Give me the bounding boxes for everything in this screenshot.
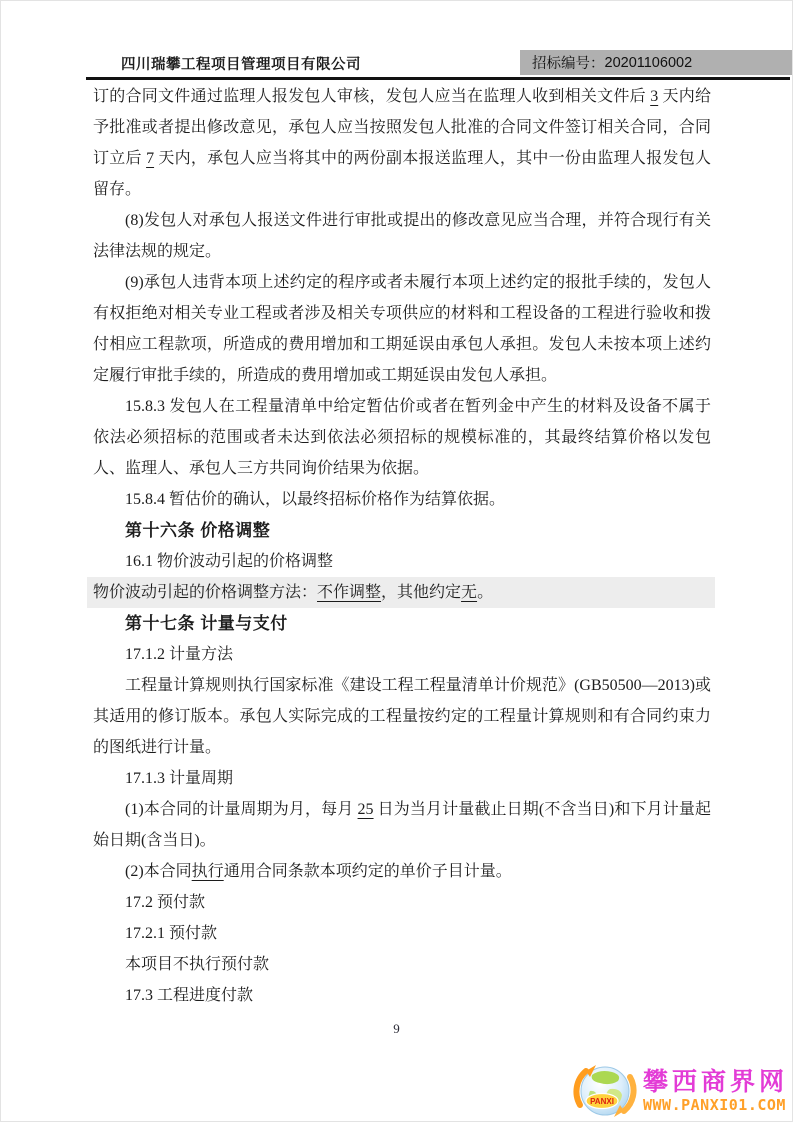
logo-text: PANXI — [590, 1097, 614, 1106]
text-segment: 15.8.4 暂估价的确认，以最终招标价格作为结算依据。 — [125, 491, 505, 508]
text-segment: 本项目不执行预付款 — [125, 956, 269, 973]
underlined-value: 执行 — [192, 863, 224, 880]
paragraph: 17.1.2 计量方法 — [93, 639, 711, 670]
paragraph: 16.1 物价波动引起的价格调整 — [93, 546, 711, 577]
underlined-value: 25 — [358, 801, 374, 818]
paragraph: (1)本合同的计量周期为月，每月 25 日为当月计量截止日期(不含当日)和下月计… — [93, 794, 711, 856]
text-segment: 第十七条 计量与支付 — [125, 614, 288, 633]
bid-label: 招标编号： — [532, 52, 605, 73]
underlined-value: 无 — [461, 584, 477, 601]
page-number: 9 — [1, 1021, 792, 1037]
text-segment: 天内，承包人应当将其中的两份副本报送监理人，其中一份由监理人报发包人留存。 — [93, 150, 711, 198]
paragraph: 17.2 预付款 — [93, 887, 711, 918]
text-segment: 17.3 工程进度付款 — [125, 987, 253, 1004]
globe-logo-icon: PANXI — [572, 1061, 638, 1121]
paragraph: (8)发包人对承包人报送文件进行审批或提出的修改意见应当合理，并符合现行有关法律… — [93, 205, 711, 267]
text-segment: 17.2.1 预付款 — [125, 925, 217, 942]
text-segment: 16.1 物价波动引起的价格调整 — [125, 553, 333, 570]
document-body: 订的合同文件通过监理人报发包人审核，发包人应当在监理人收到相关文件后 3 天内给… — [93, 81, 711, 1011]
text-segment: (2)本合同 — [125, 863, 192, 880]
underlined-value: 不作调整 — [317, 584, 381, 601]
section-heading: 第十七条 计量与支付 — [93, 608, 711, 639]
text-segment: 工程量计算规则执行国家标准《建设工程工程量清单计价规范》(GB50500—201… — [93, 677, 711, 756]
paragraph: 订的合同文件通过监理人报发包人审核，发包人应当在监理人收到相关文件后 3 天内给… — [93, 81, 711, 205]
paragraph: 物价波动引起的价格调整方法：不作调整，其他约定无。 — [87, 577, 715, 608]
document-page: 四川瑞攀工程项目管理项目有限公司 招标编号： 20201106002 订的合同文… — [0, 0, 793, 1122]
text-segment: (9)承包人违背本项上述约定的程序或者未履行本项上述约定的报批手续的，发包人有权… — [93, 274, 711, 384]
text-segment: 订的合同文件通过监理人报发包人审核，发包人应当在监理人收到相关文件后 — [93, 88, 650, 105]
watermark: PANXI 攀西商界网 WWW.PANXI01.COM — [572, 1061, 788, 1121]
text-segment: 17.2 预付款 — [125, 894, 205, 911]
watermark-site-url: WWW.PANXI01.COM — [643, 1097, 786, 1114]
underlined-value: 3 — [650, 88, 658, 105]
text-segment: 第十六条 价格调整 — [125, 521, 270, 540]
bid-number: 20201106002 — [605, 55, 693, 71]
paragraph: 本项目不执行预付款 — [93, 949, 711, 980]
paragraph: 17.2.1 预付款 — [93, 918, 711, 949]
paragraph: 17.1.3 计量周期 — [93, 763, 711, 794]
text-segment: 通用合同条款本项约定的单价子目计量。 — [224, 863, 512, 880]
text-segment: 。 — [477, 584, 493, 601]
paragraph: 工程量计算规则执行国家标准《建设工程工程量清单计价规范》(GB50500—201… — [93, 670, 711, 763]
text-segment: (1)本合同的计量周期为月，每月 — [125, 801, 358, 818]
watermark-site-name: 攀西商界网 — [643, 1069, 788, 1097]
text-segment: 15.8.3 发包人在工程量清单中给定暂估价或者在暂列金中产生的材料及设备不属于… — [93, 398, 711, 477]
text-segment: 物价波动引起的价格调整方法： — [93, 584, 317, 601]
watermark-text: 攀西商界网 WWW.PANXI01.COM — [643, 1069, 788, 1113]
paragraph: 17.3 工程进度付款 — [93, 980, 711, 1011]
paragraph: (9)承包人违背本项上述约定的程序或者未履行本项上述约定的报批手续的，发包人有权… — [93, 267, 711, 391]
text-segment: 17.1.2 计量方法 — [125, 646, 233, 663]
underlined-value: 7 — [146, 150, 154, 167]
paragraph: 15.8.3 发包人在工程量清单中给定暂估价或者在暂列金中产生的材料及设备不属于… — [93, 391, 711, 484]
paragraph: (2)本合同执行通用合同条款本项约定的单价子目计量。 — [93, 856, 711, 887]
section-heading: 第十六条 价格调整 — [93, 515, 711, 546]
bid-number-badge: 招标编号： 20201106002 — [520, 50, 793, 75]
text-segment: 17.1.3 计量周期 — [125, 770, 233, 787]
paragraph: 15.8.4 暂估价的确认，以最终招标价格作为结算依据。 — [93, 484, 711, 515]
company-name: 四川瑞攀工程项目管理项目有限公司 — [121, 53, 361, 74]
text-segment: (8)发包人对承包人报送文件进行审批或提出的修改意见应当合理，并符合现行有关法律… — [93, 212, 711, 260]
page-header: 四川瑞攀工程项目管理项目有限公司 招标编号： 20201106002 — [1, 50, 792, 76]
text-segment: ，其他约定 — [381, 584, 461, 601]
header-rule — [86, 77, 790, 80]
